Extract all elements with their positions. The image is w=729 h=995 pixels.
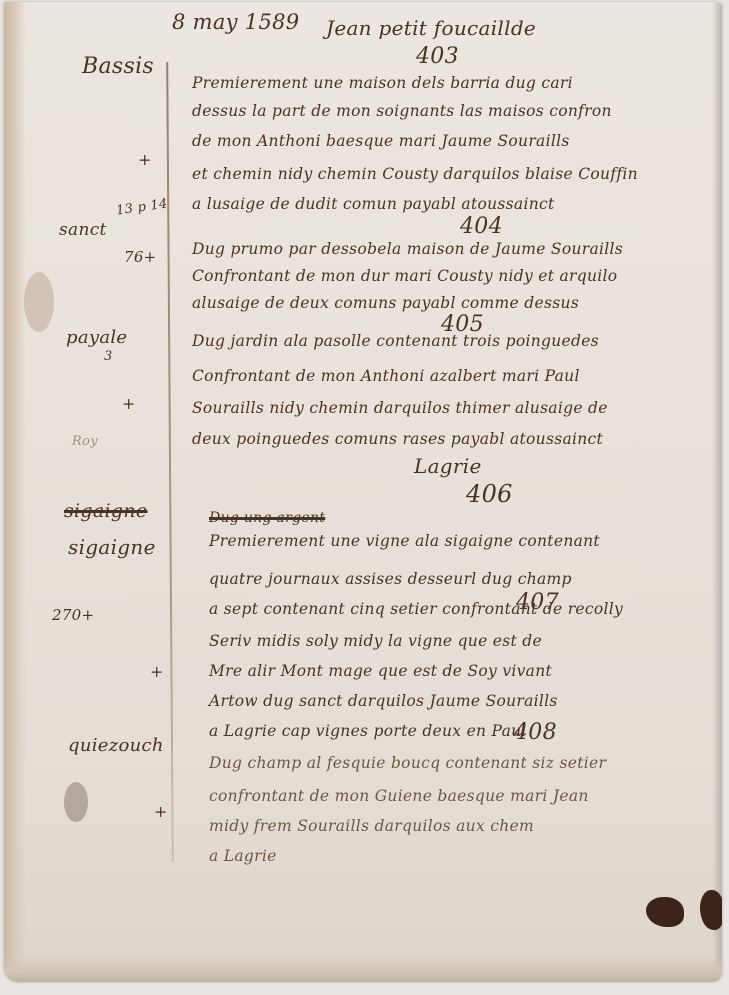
- entry-408-line-2: confrontant de mon Guiene baesque mari J…: [209, 787, 589, 805]
- entry-408-signature: a Lagrie: [209, 847, 277, 865]
- entry-403-line-1: Premierement une maison dels barria dug …: [192, 74, 573, 92]
- cross-mark: +: [154, 802, 167, 821]
- entry-403-line-4: et chemin nidy chemin Cousty darquilos b…: [192, 165, 638, 183]
- margin-note-270: 270+: [52, 606, 94, 624]
- entry-number-408: 408: [514, 720, 557, 745]
- header-date: 8 may 1589: [172, 10, 299, 34]
- header-notary-name: Jean petit foucaillde: [326, 16, 536, 40]
- entry-405-line-1: Dug jardin ala pasolle contenant trois p…: [192, 332, 599, 350]
- entry-403-line-3: de mon Anthoni baesque mari Jaume Sourai…: [192, 132, 570, 150]
- entry-number-406: 406: [466, 480, 513, 508]
- margin-note-roy: Roy: [72, 434, 98, 449]
- entry-number-404: 404: [460, 214, 503, 239]
- entry-407-line-2: Mre alir Mont mage que est de Soy vivant: [209, 662, 552, 680]
- ink-blot: [700, 890, 722, 930]
- cross-mark: +: [150, 662, 163, 681]
- entry-406-struck-line: Dug ung argent: [209, 510, 325, 526]
- manuscript-page: 8 may 1589 Jean petit foucaillde Bassis …: [4, 2, 722, 982]
- cross-mark: +: [122, 394, 135, 413]
- entry-403-line-2: dessus la part de mon soignants las mais…: [192, 102, 612, 120]
- entry-407-line-1: Seriv midis soly midy la vigne que est d…: [209, 632, 542, 650]
- entry-408-line-3: midy frem Souraills darquilos aux chem: [209, 817, 534, 835]
- entry-405-line-3: Souraills nidy chemin darquilos thimer a…: [192, 399, 608, 417]
- entry-404-line-2: Confrontant de mon dur mari Cousty nidy …: [192, 267, 617, 285]
- entry-407-line-3: Artow dug sanct darquilos Jaume Souraill…: [209, 692, 558, 710]
- water-stain: [24, 272, 54, 332]
- margin-note-sigaigne: sigaigne: [68, 535, 156, 559]
- entry-403-line-5: a lusaige de dudit comun payabl atoussai…: [192, 195, 555, 213]
- ink-blot: [646, 897, 684, 927]
- margin-note-sanct-amount: 13 p 14: [115, 196, 168, 218]
- entry-407-line-4: a Lagrie cap vignes porte deux en Paul: [209, 722, 527, 740]
- margin-note-payale-sub: 3: [104, 349, 113, 364]
- margin-note-76: 76+: [124, 248, 157, 266]
- entry-406-line-1: Premierement une vigne ala sigaigne cont…: [209, 532, 600, 550]
- page-bottom-edge: [4, 956, 722, 982]
- page-right-edge: [712, 2, 722, 982]
- entry-405-line-2: Confrontant de mon Anthoni azalbert mari…: [192, 367, 580, 385]
- smudge: [64, 782, 88, 822]
- entry-408-line-1: Dug champ al fesquie boucq contenant siz…: [209, 754, 606, 772]
- entry-number-403: 403: [416, 44, 459, 69]
- margin-note-payale: payale: [66, 327, 127, 348]
- entry-number-407: 407: [516, 590, 559, 615]
- entry-406-line-3: a sept contenant cinq setier confrontant…: [209, 600, 623, 618]
- margin-rule: [166, 62, 174, 862]
- cross-mark: +: [138, 150, 151, 169]
- margin-note-sanct: sanct: [59, 220, 107, 240]
- margin-note-bassis: Bassis: [82, 54, 154, 79]
- entry-405-line-4: deux poinguedes comuns rases payabl atou…: [192, 430, 603, 448]
- entry-404-line-1: Dug prumo par dessobela maison de Jaume …: [192, 240, 623, 258]
- binding-edge: [4, 2, 26, 982]
- entry-405-signature: Lagrie: [414, 454, 482, 478]
- entry-404-line-3: alusaige de deux comuns payabl comme des…: [192, 294, 579, 312]
- margin-note-quiezouch: quiezouch: [68, 735, 164, 756]
- entry-406-line-2: quatre journaux assises desseurl dug cha…: [209, 570, 572, 588]
- margin-note-sigaigne-struck: sigaigne: [64, 500, 147, 522]
